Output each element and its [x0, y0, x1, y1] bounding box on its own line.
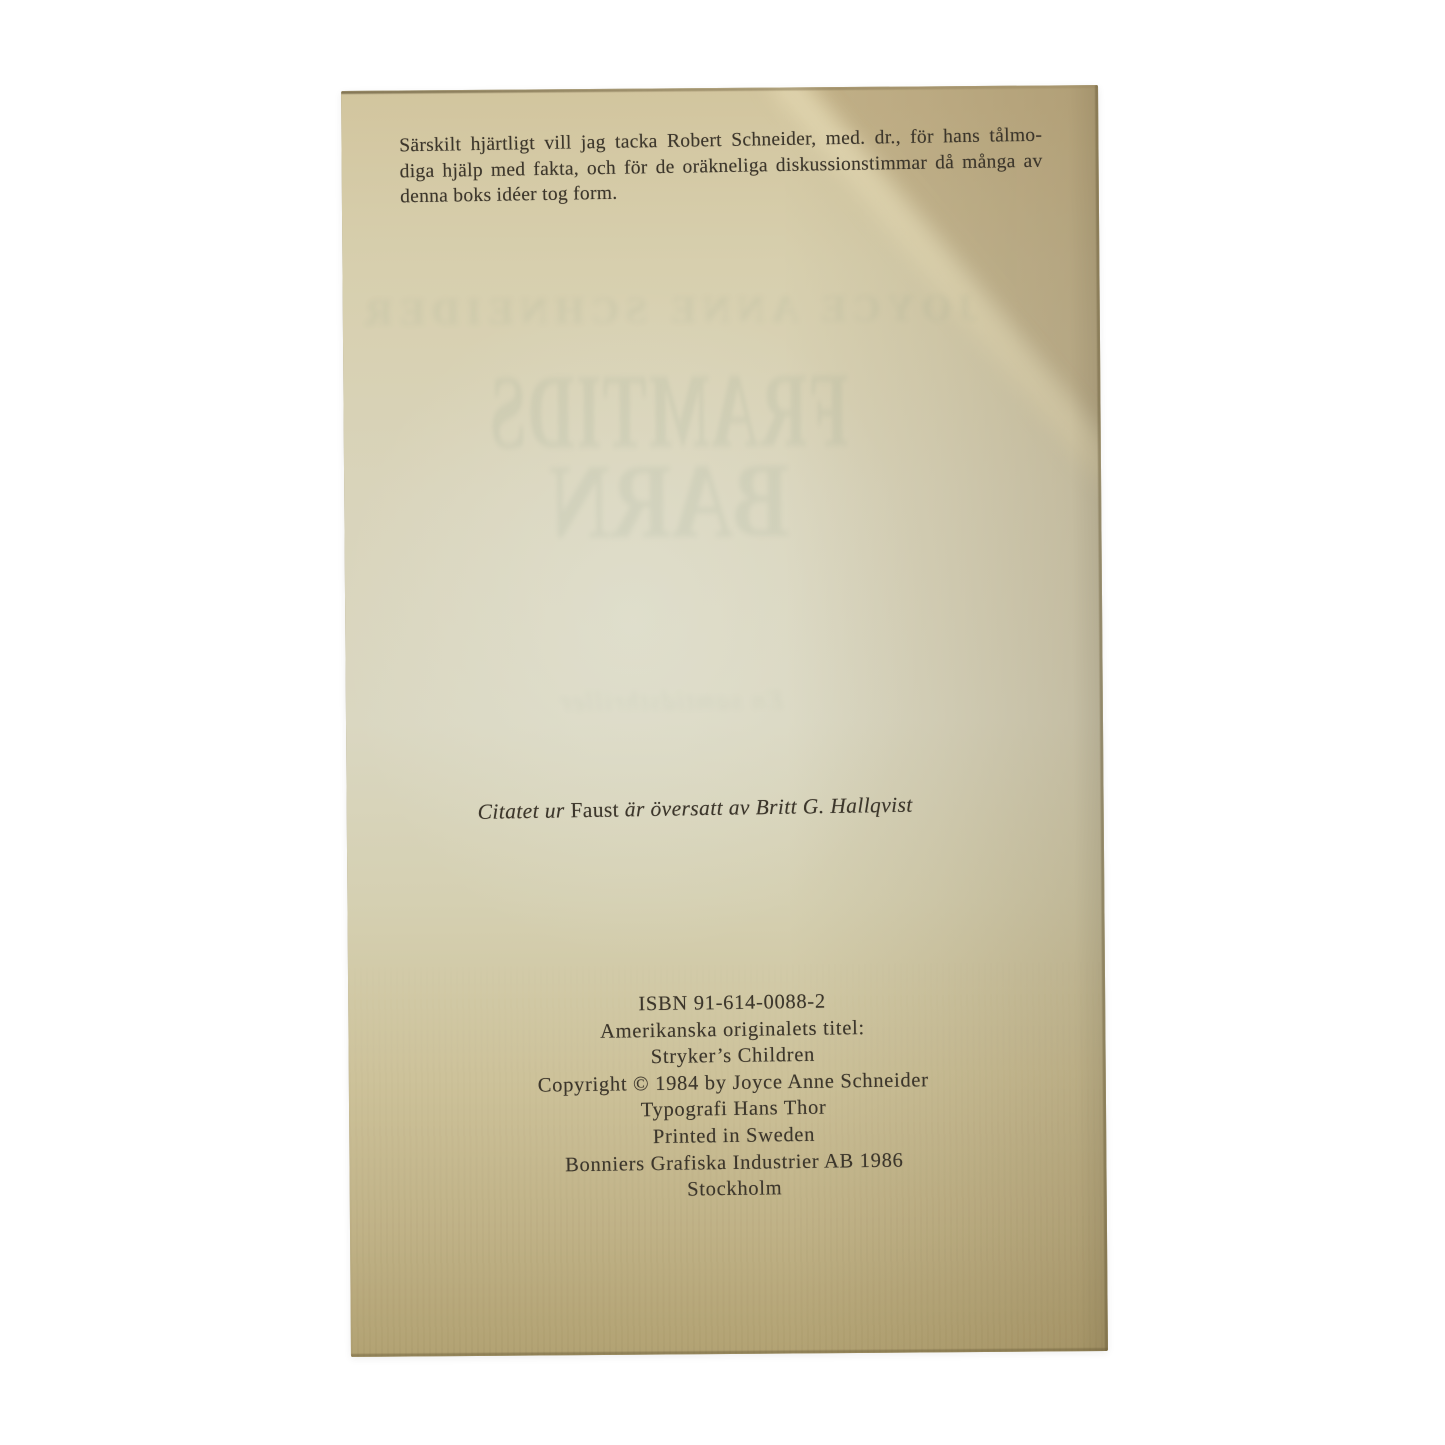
- page-content: JOYCE ANNE SCHNEIDER FRAMTIDS BARN En sa…: [341, 85, 1108, 1357]
- quote-suffix: är översatt av Britt G. Hallqvist: [619, 793, 913, 822]
- show-through-title-ghost-line1: FRAMTIDS: [451, 349, 886, 474]
- colophon-block: ISBN 91-614-0088-2 Amerikanska originale…: [359, 985, 1107, 1208]
- acknowledgement-paragraph: Särskilt hjärtligt vill jag tacka Robert…: [399, 123, 1043, 210]
- show-through-title-ghost-line2: BARN: [389, 438, 950, 564]
- show-through-author-ghost: JOYCE ANNE SCHNEIDER: [341, 286, 1018, 335]
- quote-work-title: Faust: [570, 797, 619, 822]
- quote-prefix: Citatet ur: [477, 798, 570, 824]
- show-through-subtitle-ghost: En samtidsthriller: [341, 684, 1021, 719]
- book-page-photo: JOYCE ANNE SCHNEIDER FRAMTIDS BARN En sa…: [0, 0, 1445, 1445]
- book-page: JOYCE ANNE SCHNEIDER FRAMTIDS BARN En sa…: [341, 85, 1108, 1357]
- faust-translation-credit: Citatet ur Faust är översatt av Britt G.…: [347, 790, 1044, 827]
